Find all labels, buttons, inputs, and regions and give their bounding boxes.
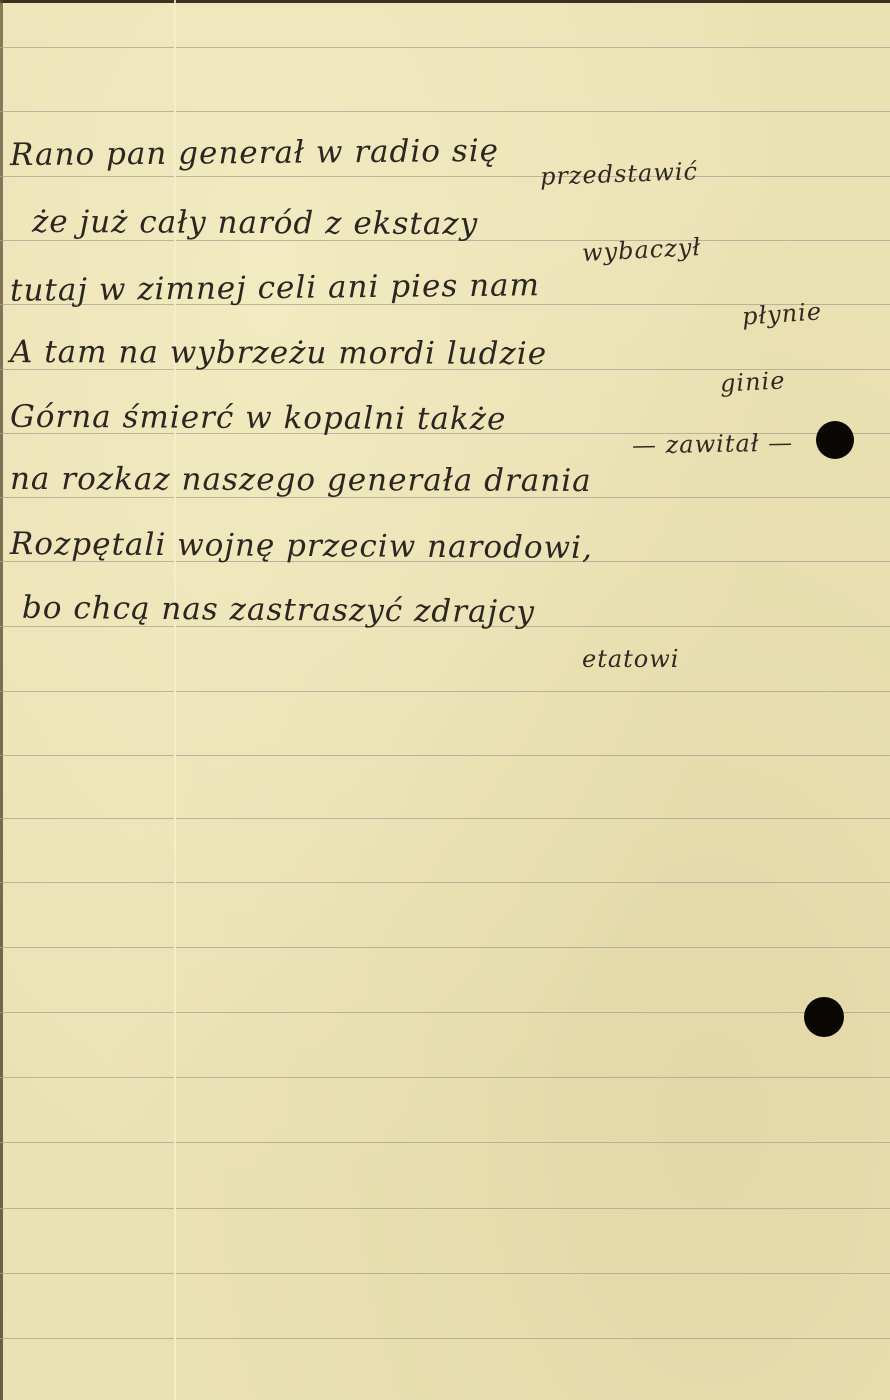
punch-hole-2 bbox=[804, 997, 844, 1037]
ruled-line bbox=[0, 1208, 890, 1209]
ruled-line bbox=[0, 1077, 890, 1078]
page-top-edge bbox=[0, 0, 890, 3]
ruled-line bbox=[0, 755, 890, 756]
ruled-line bbox=[0, 176, 890, 177]
insertion-ginie: ginie bbox=[719, 366, 786, 397]
ruled-line bbox=[0, 691, 890, 692]
insertion-wybaczyl: wybaczył bbox=[581, 233, 702, 267]
handwritten-line-2: że już cały naród z ekstazy bbox=[32, 204, 478, 242]
handwritten-line-7: Rozpętali wojnę przeciw narodowi, bbox=[10, 526, 593, 566]
ruled-line bbox=[0, 818, 890, 819]
insertion-przedstawic: przedstawić bbox=[540, 157, 699, 190]
ruled-line bbox=[0, 111, 890, 112]
handwritten-line-3: tutaj w zimnej celi ani pies nam bbox=[10, 267, 540, 309]
ruled-line bbox=[0, 1338, 890, 1339]
punch-hole-1 bbox=[816, 421, 854, 459]
page-left-edge bbox=[0, 0, 3, 1400]
ruled-line bbox=[0, 1273, 890, 1274]
handwritten-line-5: Górna śmierć w kopalni także bbox=[10, 399, 507, 438]
insertion-plynie: płynie bbox=[741, 297, 823, 331]
ruled-line bbox=[0, 1012, 890, 1013]
handwritten-line-1: Rano pan generał w radio się bbox=[10, 133, 499, 173]
ruled-line bbox=[0, 947, 890, 948]
insertion-zawital: — zawitał — bbox=[632, 429, 794, 460]
ruled-line bbox=[0, 882, 890, 883]
ruled-line bbox=[0, 1142, 890, 1143]
insertion-etatowi: etatowi bbox=[582, 645, 679, 673]
handwritten-line-4: A tam na wybrzeżu mordi ludzie bbox=[10, 334, 547, 372]
ruled-line bbox=[0, 47, 890, 48]
handwritten-line-6: na rozkaz naszego generała drania bbox=[10, 461, 592, 499]
handwritten-line-8: bo chcą nas zastraszyć zdrajcy bbox=[22, 590, 535, 630]
